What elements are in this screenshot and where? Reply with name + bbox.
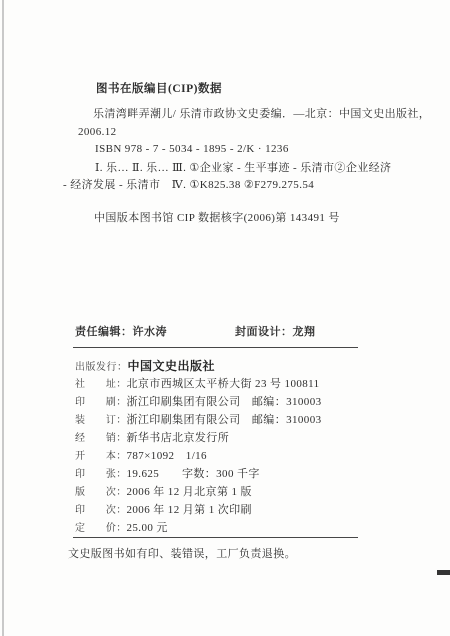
cover-designer: 封面设计：龙翔 — [235, 323, 316, 339]
colophon-row-label: 印 张： — [75, 465, 127, 480]
colophon-row-address: 社 址：北京市西城区太平桥大街 23 号 100811 — [75, 375, 320, 391]
colophon-row-value: 浙江印刷集团有限公司 邮编：310003 — [127, 396, 322, 408]
colophon-row-label: 装 订： — [75, 411, 127, 426]
cip-description-line2: 2006.12 — [78, 126, 117, 138]
colophon-row-distributor: 经 销：新华书店北京发行所 — [75, 429, 229, 445]
book-copyright-page: 图书在版编目(CIP)数据 乐清湾畔弄潮儿/ 乐清市政协文史委编．—北京：中国文… — [0, 0, 450, 636]
colophon-row-label: 社 址： — [75, 375, 127, 390]
colophon-row-label: 定 价： — [75, 519, 127, 534]
page-edge-mark — [437, 570, 450, 575]
colophon-row-label: 印 刷： — [75, 393, 127, 408]
errata-notice: 文史版图书如有印、装错误，工厂负责退换。 — [68, 545, 296, 561]
isbn-line: ISBN 978 - 7 - 5034 - 1895 - 2/K · 1236 — [95, 143, 289, 155]
colophon-row-value: 北京市西城区太平桥大街 23 号 100811 — [127, 378, 320, 390]
cip-classification-line1: Ⅰ. 乐… Ⅱ. 乐… Ⅲ. ①企业家 - 生平事迹 - 乐清市②企业经济 — [95, 159, 391, 175]
colophon-row-label: 经 销： — [75, 429, 127, 444]
cip-classification-line2: - 经济发展 - 乐清市 Ⅳ. ①K825.38 ②F279.275.54 — [63, 176, 314, 192]
responsible-editor: 责任编辑：许水涛 — [75, 323, 167, 339]
publisher-name: 中国文史出版社 — [128, 359, 216, 373]
colophon-row-value: 新华书店北京发行所 — [127, 432, 230, 444]
colophon-row-value: 浙江印刷集团有限公司 邮编：310003 — [127, 414, 322, 426]
publisher-row: 出版发行：中国文史出版社 — [75, 357, 215, 375]
cip-heading: 图书在版编目(CIP)数据 — [96, 80, 222, 96]
colophon-row-format: 开 本：787×1092 1/16 — [75, 447, 207, 463]
publisher-label: 出版发行： — [75, 362, 128, 373]
colophon-row-label: 版 次： — [75, 483, 127, 498]
colophon-row-value: 19.625 字数：300 千字 — [127, 468, 260, 480]
colophon-row-value: 787×1092 1/16 — [127, 450, 207, 462]
colophon-row-printing: 印 次：2006 年 12 月第 1 次印刷 — [75, 501, 252, 517]
colophon-row-label: 印 次： — [75, 501, 127, 516]
colophon-row-value: 2006 年 12 月第 1 次印刷 — [127, 504, 252, 516]
colophon-row-value: 2006 年 12 月北京第 1 版 — [127, 486, 252, 498]
colophon-row-printer: 印 刷：浙江印刷集团有限公司 邮编：310003 — [75, 393, 322, 409]
scan-edge-line — [2, 0, 4, 636]
divider-bottom — [73, 537, 358, 538]
cip-description-line1: 乐清湾畔弄潮儿/ 乐清市政协文史委编．—北京：中国文史出版社， — [93, 105, 430, 121]
divider-top — [73, 347, 358, 348]
colophon-row-sheets: 印 张：19.625 字数：300 千字 — [75, 465, 260, 481]
cip-record-number: 中国版本图书馆 CIP 数据核字(2006)第 143491 号 — [94, 209, 340, 225]
colophon-row-binding: 装 订：浙江印刷集团有限公司 邮编：310003 — [75, 411, 322, 427]
colophon-row-edition: 版 次：2006 年 12 月北京第 1 版 — [75, 483, 252, 499]
colophon-row-price: 定 价：25.00 元 — [75, 519, 168, 535]
colophon-row-value: 25.00 元 — [127, 522, 168, 534]
colophon-row-label: 开 本： — [75, 447, 127, 462]
